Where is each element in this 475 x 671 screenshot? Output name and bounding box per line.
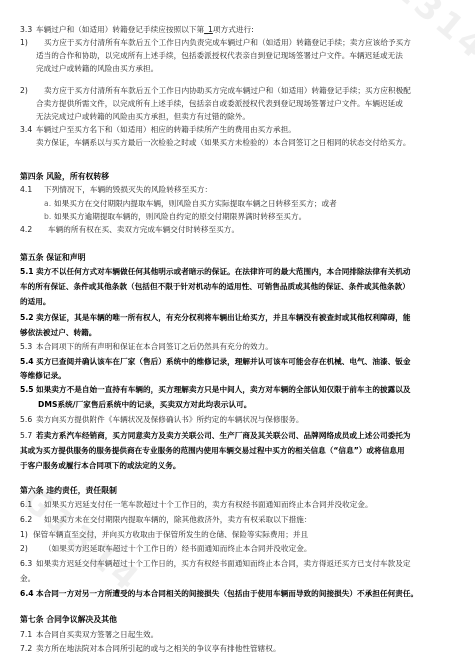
section-title-4: 第四条 风险，所有权转移 [20, 172, 455, 182]
clause-5-2: 5.2卖方保证，其是车辆的唯一所有权人，有充分权利将车辆出让给买方，并且车辆没有… [20, 313, 455, 323]
clause-4-1-b: b.如果买方逾期提取车辆的，则风险自约定的原交付期限界满时转移至买方。 [44, 212, 455, 222]
clause-7-1: 7.1本合同自买卖双方签署之日起生效。 [20, 630, 455, 640]
clause-5-3: 5.3本合同项下的所有声明和保证在本合同签订之后仍然具有充分的效力。 [20, 342, 455, 352]
clause-5-1: 5.1卖方不以任何方式对车辆做任何其他明示或者暗示的保证。在法律许可的最大范围内… [20, 267, 455, 277]
clause-text: 完成过户或转籍的风险由买方承担。 [36, 64, 455, 74]
clause-5-6: 5.6卖方向买方提供附件《车辆状况及保修确认书》所约定的车辆状况与保修服务。 [20, 415, 455, 425]
clause-6-2-item-2: 2)（如果买方迟延取车超过十个工作日的）经书面通知而终止本合同并没收定金。 [20, 544, 455, 554]
clause-text: 车的所有保证、条件或其他条款（包括但不限于针对机动车的适用性、可销售品质或其他的… [20, 282, 455, 292]
clause-text: 够依法被过户、转籍。 [20, 328, 455, 338]
contract-page: 1314 G1314 3.3车辆过户和（如适用）转籍登记手续应按照以下第_1项方… [0, 0, 475, 671]
clause-3-3-item-1: 1)买方应于买方付清所有车款后五个工作日内负责完成车辆过户和（如适用）转籍登记手… [20, 38, 455, 48]
clause-4-1: 4.1下列情况下，车辆的毁损灭失的风险转移至买方： [20, 185, 455, 195]
clause-text: 于客户服务或履行本合同项下的或法定的义务。 [20, 461, 455, 471]
clause-6-2-item-1: 1)保管车辆直至交付，并向买方收取由于保管所发生的仓储、保险等实际费用；并且 [20, 530, 455, 540]
clause-6-4: 6.4本合同一方对另一方所遭受的与本合同相关的间接损失（包括由于使用车辆而导致的… [20, 589, 455, 599]
clause-4-2: 4.2车辆的所有权在买、卖双方完成车辆交付时转移至买方。 [20, 225, 455, 235]
section-title-5: 第五条 保证和声明 [20, 253, 455, 263]
clause-3-3: 3.3车辆过户和（如适用）转籍登记手续应按照以下第_1项方式进行: [20, 25, 455, 35]
clause-6-3: 6.3如果卖方迟延交付车辆超过十个工作日的，买方有权经书面通知而终止本合同，卖方… [20, 559, 455, 569]
clause-4-1-a: a.如果买方在交付期限内提取车辆，则风险自买方实际提取车辆之日转移至买方；或者 [44, 199, 455, 209]
clause-text: 的适用。 [20, 297, 455, 307]
clause-5-4: 5.4买方已查阅并确认该车在厂家（售后）系统中的维修记录，理解并认可该车可能会存… [20, 357, 455, 367]
clause-text: 无法完成过户或转籍的风险由买方承担，但卖方有过错的除外。 [36, 112, 455, 122]
clause-text: 合卖方提供所需文件，以完成所有上述手续，包括亲自或委派授权代表到登记现场签署过户… [36, 99, 455, 109]
section-title-6: 第六条 违约责任，责任限制 [20, 486, 455, 496]
clause-5-5: 5.5如果卖方不是自始一直持有车辆的，买方理解卖方只是中间人，卖方对车辆的全部认… [20, 385, 455, 395]
clause-text: 其或为买方提供服务的服务提供商在专业服务的范围内使用车辆交易过程中买方的相关信息… [20, 446, 455, 456]
clause-text: 金。 [20, 574, 455, 584]
seller-warranty: 卖方保证，车辆系以与买方最后一次检验之时或（如果买方未检验的）本合同签订之日相同… [36, 138, 455, 148]
clause-text: 等维修记录。 [20, 371, 455, 381]
clause-5-7: 5.7若卖方系汽车经销商，买方同意卖方及卖方关联公司、生产厂商及其关联公司、品牌… [20, 431, 455, 441]
clause-6-1: 6.1如果买方迟延支付任一笔车款超过十个工作日的，卖方有权经书面通知而终止本合同… [20, 500, 455, 510]
section-title-7: 第七条 合同争议解决及其他 [20, 615, 455, 625]
clause-3-3-item-2: 2)卖方应于买方付清所有车款后五个工作日内协助买方完成车辆过户和（如适用）转籍登… [20, 86, 455, 96]
clause-6-2: 6.2如果买方未在交付期限内提取车辆的，除其他救济外，卖方有权采取以下措施： [20, 515, 455, 525]
clause-3-4: 3.4车辆过户至买方名下和（如适用）相应的转籍手续所产生的费用由买方承担。 [20, 125, 455, 135]
clause-text: DMS系统/厂家售后系统中的记录，买卖双方对此均表示认可。 [38, 400, 455, 410]
clause-text: 适当的合作和协助，以完成所有上述手续，包括委派授权代表亲自到登记现场签署过户文件… [36, 51, 455, 61]
clause-7-2: 7.2卖方所在地法院对本合同所引起的或与之相关的争议享有排他性管辖权。 [20, 644, 455, 654]
